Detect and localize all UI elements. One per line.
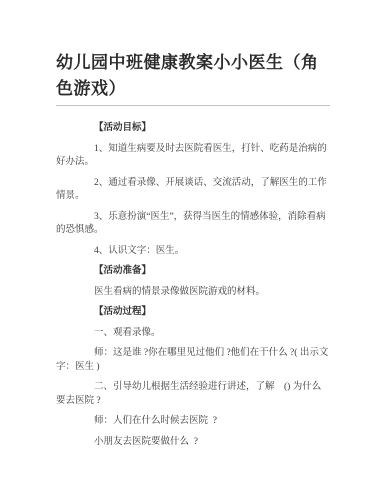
paragraph: 小朋友去医院要做什么 ? (56, 436, 330, 450)
paragraph: 二、引导幼儿根据生活经验进行讲述，了解 () 为什么要去医院 ? (56, 381, 330, 408)
section-heading: 【活动准备】 (56, 265, 330, 279)
paragraph: 师：这是谁 ?你在哪里见过他们 ?他们在干什么 ?( 出示文字：医生 ) (56, 347, 330, 374)
page-title: 幼儿园中班健康教案小小医生（角色游戏） (56, 50, 330, 102)
document-page: 幼儿园中班健康教案小小医生（角色游戏） 【活动目标】1、知道生病要及时去医院看医… (0, 0, 386, 500)
section-heading: 【活动过程】 (56, 306, 330, 320)
title-divider (56, 105, 330, 106)
paragraph: 2、通过看录像、开展谈话、交流活动，了解医生的工作情景。 (56, 177, 330, 204)
paragraph: 一、观看录像。 (56, 327, 330, 341)
paragraph: 3、乐意扮演“医生”，获得当医生的情感体验，消除看病的恐惧感。 (56, 211, 330, 238)
section-heading: 【活动目标】 (56, 122, 330, 136)
paragraph: 1、知道生病要及时去医院看医生，打针、吃药是治病的好办法。 (56, 143, 330, 170)
document-body: 【活动目标】1、知道生病要及时去医院看医生，打针、吃药是治病的好办法。2、通过看… (56, 122, 330, 449)
paragraph: 4、认识文字：医生。 (56, 245, 330, 259)
paragraph: 医生看病的情景录像做医院游戏的材料。 (56, 286, 330, 300)
paragraph: 师：人们在什么时候去医院 ? (56, 415, 330, 429)
